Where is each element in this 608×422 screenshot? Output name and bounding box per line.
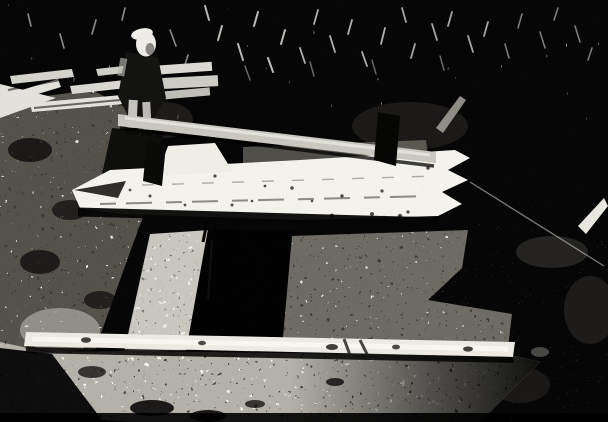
film-grain xyxy=(0,0,608,422)
photo-canvas xyxy=(0,0,608,422)
photograph: Worker beside a log-roofed earthen dugou… xyxy=(0,0,608,422)
